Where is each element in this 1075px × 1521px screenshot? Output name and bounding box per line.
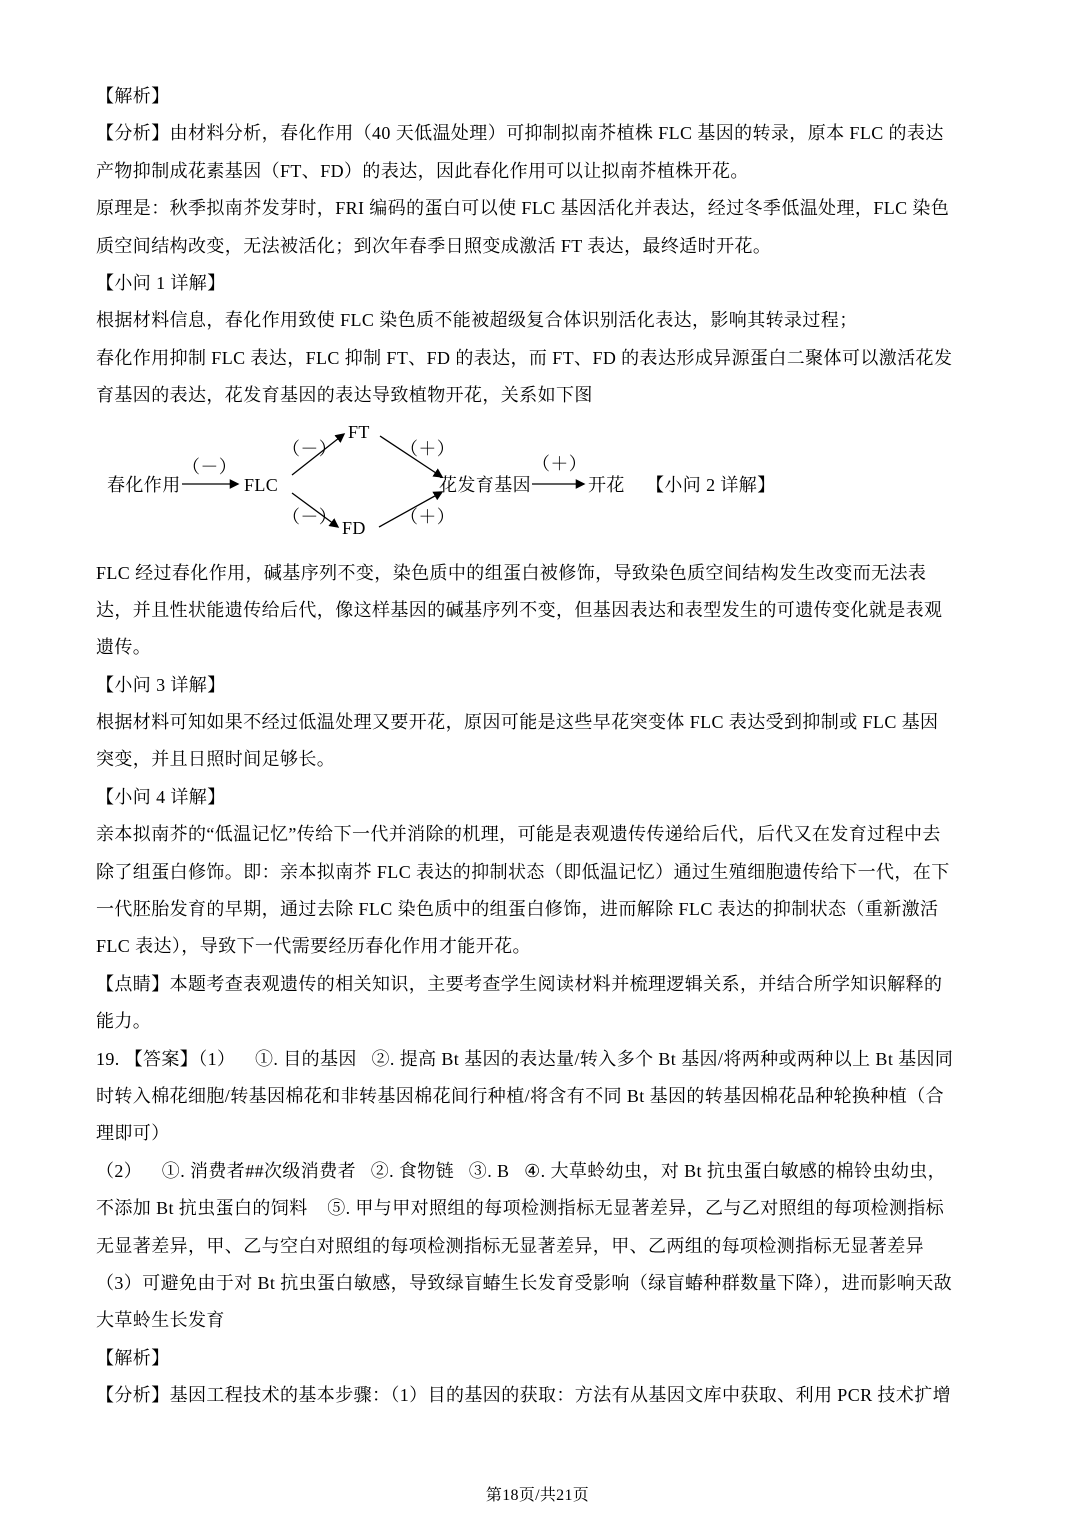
text-line: 原理是：秋季拟南芥发芽时，FRI 编码的蛋白可以使 FLC 基因活化并表达，经过… — [96, 190, 985, 227]
text-line: 突变，并且日照时间足够长。 — [96, 741, 985, 778]
text-line: FLC 经过春化作用，碱基序列不变，染色质中的组蛋白被修饰，导致染色质空间结构发… — [96, 555, 985, 592]
sign-minus-flc-ft: （－） — [282, 439, 337, 459]
sign-plus-flowergene-bloom: （＋） — [532, 454, 587, 474]
page-number: 第18页/共21页 — [0, 1482, 1075, 1505]
text-line: 质空间结构改变，无法被活化；到次年春季日照变成激活 FT 表达，最终适时开花。 — [96, 228, 985, 265]
text-line: 19. 【答案】（1） ①. 目的基因 ②. 提高 Bt 基因的表达量/转入多个… — [96, 1041, 985, 1078]
text-line: 能力。 — [96, 1003, 985, 1040]
text-line: 【点睛】本题考查表观遗传的相关知识，主要考查学生阅读材料并梳理逻辑关系，并结合所… — [96, 966, 985, 1003]
text-line: 遗传。 — [96, 629, 985, 666]
diagram-node-fd: FD — [342, 518, 366, 538]
text-line: 【小问 3 详解】 — [96, 667, 985, 704]
text-line: 【分析】由材料分析，春化作用（40 天低温处理）可抑制拟南芥植株 FLC 基因的… — [96, 115, 985, 152]
text-line: 【小问 4 详解】 — [96, 779, 985, 816]
text-line: 【分析】基因工程技术的基本步骤：（1）目的基因的获取：方法有从基因文库中获取、利… — [96, 1377, 985, 1414]
gene-pathway-svg: 春化作用 FLC FT FD 花发育基因 开花 （－） （－） （－） （＋） … — [98, 421, 778, 547]
gene-pathway-diagram: 春化作用 FLC FT FD 花发育基因 开花 （－） （－） （－） （＋） … — [96, 415, 985, 555]
text-line: （2） ①. 消费者##次级消费者 ②. 食物链 ③. B ④. 大草蛉幼虫，对… — [96, 1153, 985, 1190]
subquestion-2-heading: 【小问 2 详解】 — [646, 475, 776, 495]
text-line: 【解析】 — [96, 1340, 985, 1377]
diagram-node-vernalization: 春化作用 — [107, 475, 181, 495]
text-line: 无显著差异，甲、乙与空白对照组的每项检测指标无显著差异，甲、乙两组的每项检测指标… — [96, 1228, 985, 1265]
diagram-node-flc: FLC — [244, 475, 278, 495]
text-line: 不添加 Bt 抗虫蛋白的饲料 ⑤. 甲与甲对照组的每项检测指标无显著差异，乙与乙… — [96, 1190, 985, 1227]
diagram-node-ft: FT — [348, 422, 370, 442]
text-line: 除了组蛋白修饰。即：亲本拟南芥 FLC 表达的抑制状态（即低温记忆）通过生殖细胞… — [96, 854, 985, 891]
text-line: 【小问 1 详解】 — [96, 265, 985, 302]
text-line: 根据材料信息，春化作用致使 FLC 染色质不能被超级复合体识别活化表达，影响其转… — [96, 302, 985, 339]
sign-minus-flc-fd: （－） — [282, 507, 337, 527]
text-line: 理即可） — [96, 1115, 985, 1152]
text-line: 育基因的表达，花发育基因的表达导致植物开花，关系如下图 — [96, 377, 985, 414]
text-line: 大草蛉生长发育 — [96, 1302, 985, 1339]
document-page: 【解析】 【分析】由材料分析，春化作用（40 天低温处理）可抑制拟南芥植株 FL… — [0, 0, 1075, 1521]
text-line: 根据材料可知如果不经过低温处理又要开花，原因可能是这些早花突变体 FLC 表达受… — [96, 704, 985, 741]
text-line: 亲本拟南芥的“低温记忆”传给下一代并消除的机理，可能是表观遗传传递给后代，后代又… — [96, 816, 985, 853]
diagram-node-flower-gene: 花发育基因 — [439, 475, 531, 495]
text-line: 一代胚胎发育的早期，通过去除 FLC 染色质中的组蛋白修饰，进而解除 FLC 表… — [96, 891, 985, 928]
diagram-node-bloom: 开花 — [588, 475, 625, 495]
text-line: FLC 表达），导致下一代需要经历春化作用才能开花。 — [96, 928, 985, 965]
text-line: 【解析】 — [96, 78, 985, 115]
text-line: 达，并且性状能遗传给后代，像这样基因的碱基序列不变，但基因表达和表型发生的可遗传… — [96, 592, 985, 629]
text-line: 时转入棉花细胞/转基因棉花和非转基因棉花间行种植/将含有不同 Bt 基因的转基因… — [96, 1078, 985, 1115]
text-line: 产物抑制成花素基因（FT、FD）的表达，因此春化作用可以让拟南芥植株开花。 — [96, 153, 985, 190]
sign-plus-ft-flowergene: （＋） — [400, 439, 455, 459]
sign-minus-vernalization-flc: （－） — [182, 457, 237, 477]
text-line: 春化作用抑制 FLC 表达，FLC 抑制 FT、FD 的表达，而 FT、FD 的… — [96, 340, 985, 377]
text-line: （3）可避免由于对 Bt 抗虫蛋白敏感，导致绿盲蝽生长发育受影响（绿盲蝽种群数量… — [96, 1265, 985, 1302]
